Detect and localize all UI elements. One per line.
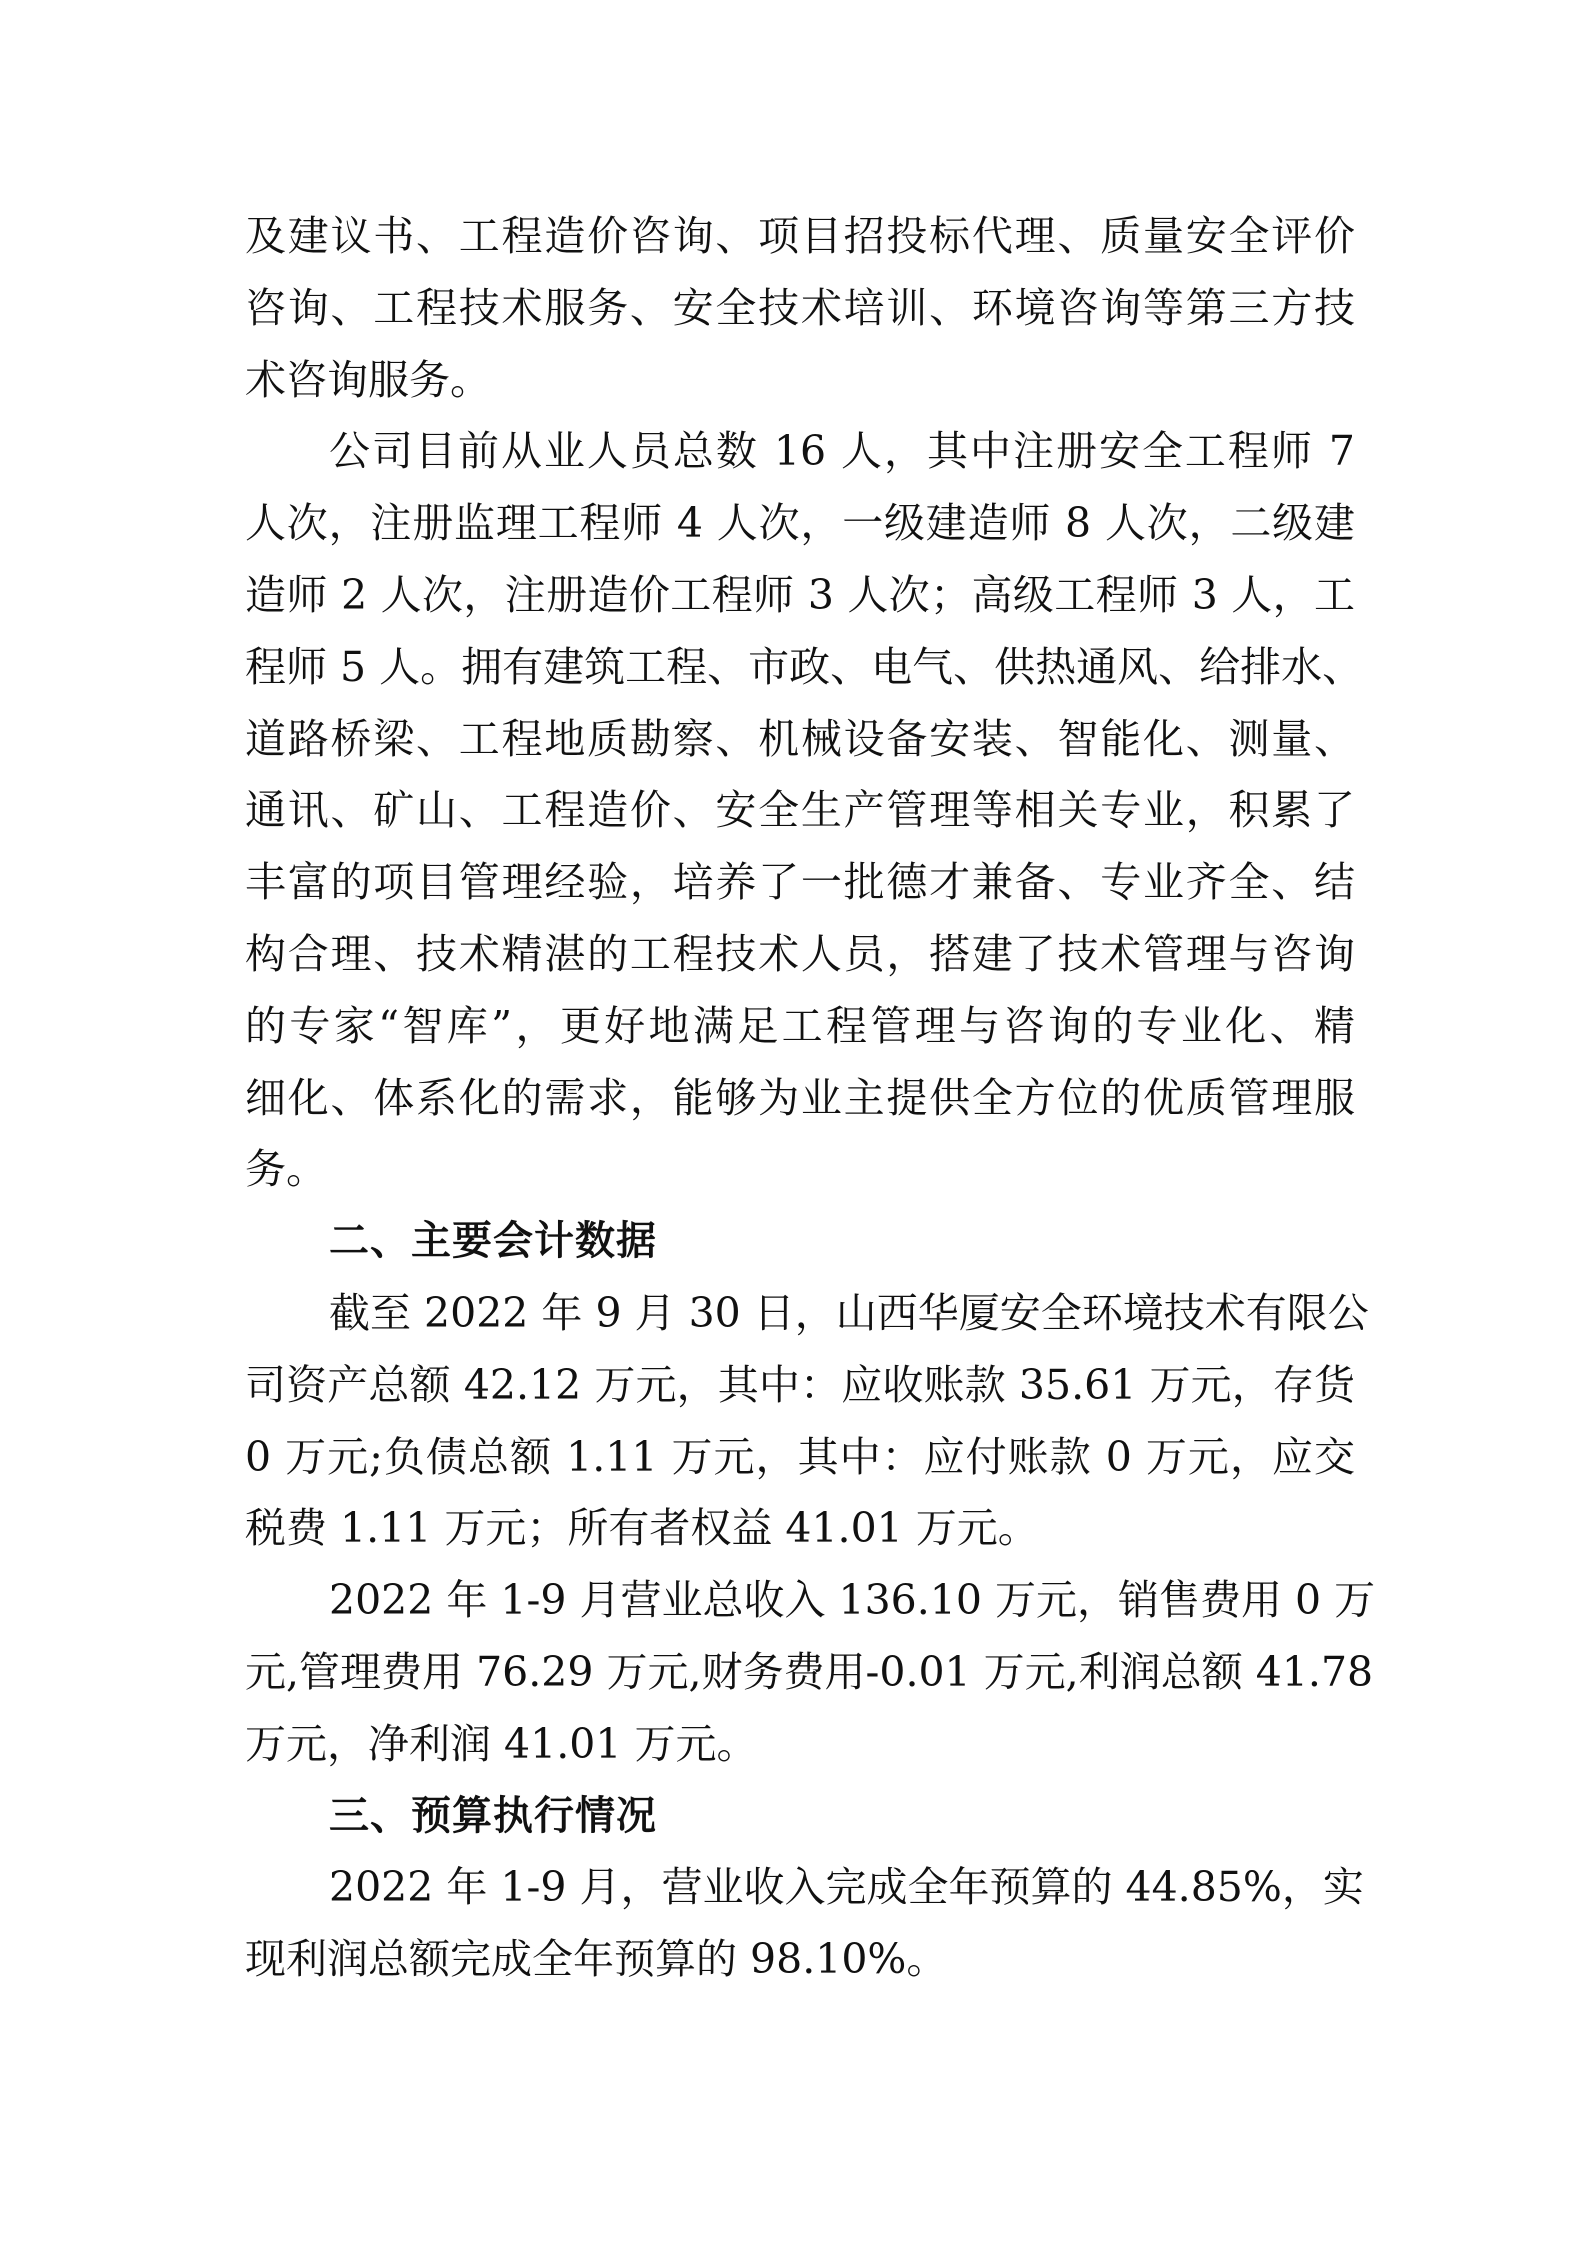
text-line: 造师 2 人次，注册造价工程师 3 人次；高级工程师 3 人，工 <box>245 560 1355 632</box>
paragraph-services: 及建议书、工程造价咨询、项目招投标代理、质量安全评价 咨询、工程技术服务、安全技… <box>245 201 1355 416</box>
text-line: 务。 <box>245 1134 1355 1206</box>
text-line: 司资产总额 42.12 万元，其中：应收账款 35.61 万元，存货 <box>245 1350 1355 1422</box>
text-line: 的专家“智库”，更好地满足工程管理与咨询的专业化、精 <box>245 991 1355 1063</box>
section-heading-accounting-data: 二、主要会计数据 <box>245 1206 1355 1278</box>
paragraph-income-statement: 2022 年 1-9 月营业总收入 136.10 万元，销售费用 0 万 元,管… <box>245 1565 1355 1780</box>
text-line: 及建议书、工程造价咨询、项目招投标代理、质量安全评价 <box>245 201 1355 273</box>
text-line: 通讯、矿山、工程造价、安全生产管理等相关专业，积累了 <box>245 775 1355 847</box>
text-line: 2022 年 1-9 月营业总收入 136.10 万元，销售费用 0 万 <box>245 1565 1355 1637</box>
text-line: 0 万元;负债总额 1.11 万元，其中：应付账款 0 万元，应交 <box>245 1422 1355 1494</box>
text-line: 术咨询服务。 <box>245 345 1355 417</box>
paragraph-staff: 公司目前从业人员总数 16 人，其中注册安全工程师 7 人次，注册监理工程师 4… <box>245 416 1355 1206</box>
text-line: 细化、体系化的需求，能够为业主提供全方位的优质管理服 <box>245 1063 1355 1135</box>
text-line: 咨询、工程技术服务、安全技术培训、环境咨询等第三方技 <box>245 273 1355 345</box>
text-line: 构合理、技术精湛的工程技术人员，搭建了技术管理与咨询 <box>245 919 1355 991</box>
paragraph-budget: 2022 年 1-9 月，营业收入完成全年预算的 44.85%，实 现利润总额完… <box>245 1852 1355 1996</box>
text-line: 人次，注册监理工程师 4 人次，一级建造师 8 人次，二级建 <box>245 488 1355 560</box>
text-line: 截至 2022 年 9 月 30 日，山西华厦安全环境技术有限公 <box>245 1278 1355 1350</box>
text-line: 元,管理费用 76.29 万元,财务费用-0.01 万元,利润总额 41.78 <box>245 1637 1355 1709</box>
section-heading-budget-execution: 三、预算执行情况 <box>245 1781 1355 1853</box>
text-line: 现利润总额完成全年预算的 98.10%。 <box>245 1924 1355 1996</box>
text-line: 公司目前从业人员总数 16 人，其中注册安全工程师 7 <box>245 416 1355 488</box>
text-line: 税费 1.11 万元；所有者权益 41.01 万元。 <box>245 1493 1355 1565</box>
document-page: 及建议书、工程造价咨询、项目招投标代理、质量安全评价 咨询、工程技术服务、安全技… <box>245 201 1355 1996</box>
text-line: 2022 年 1-9 月，营业收入完成全年预算的 44.85%，实 <box>245 1852 1355 1924</box>
text-line: 道路桥梁、工程地质勘察、机械设备安装、智能化、测量、 <box>245 704 1355 776</box>
text-line: 万元，净利润 41.01 万元。 <box>245 1709 1355 1781</box>
text-line: 丰富的项目管理经验，培养了一批德才兼备、专业齐全、结 <box>245 847 1355 919</box>
paragraph-balance-sheet: 截至 2022 年 9 月 30 日，山西华厦安全环境技术有限公 司资产总额 4… <box>245 1278 1355 1565</box>
text-line: 程师 5 人。拥有建筑工程、市政、电气、供热通风、给排水、 <box>245 632 1355 704</box>
